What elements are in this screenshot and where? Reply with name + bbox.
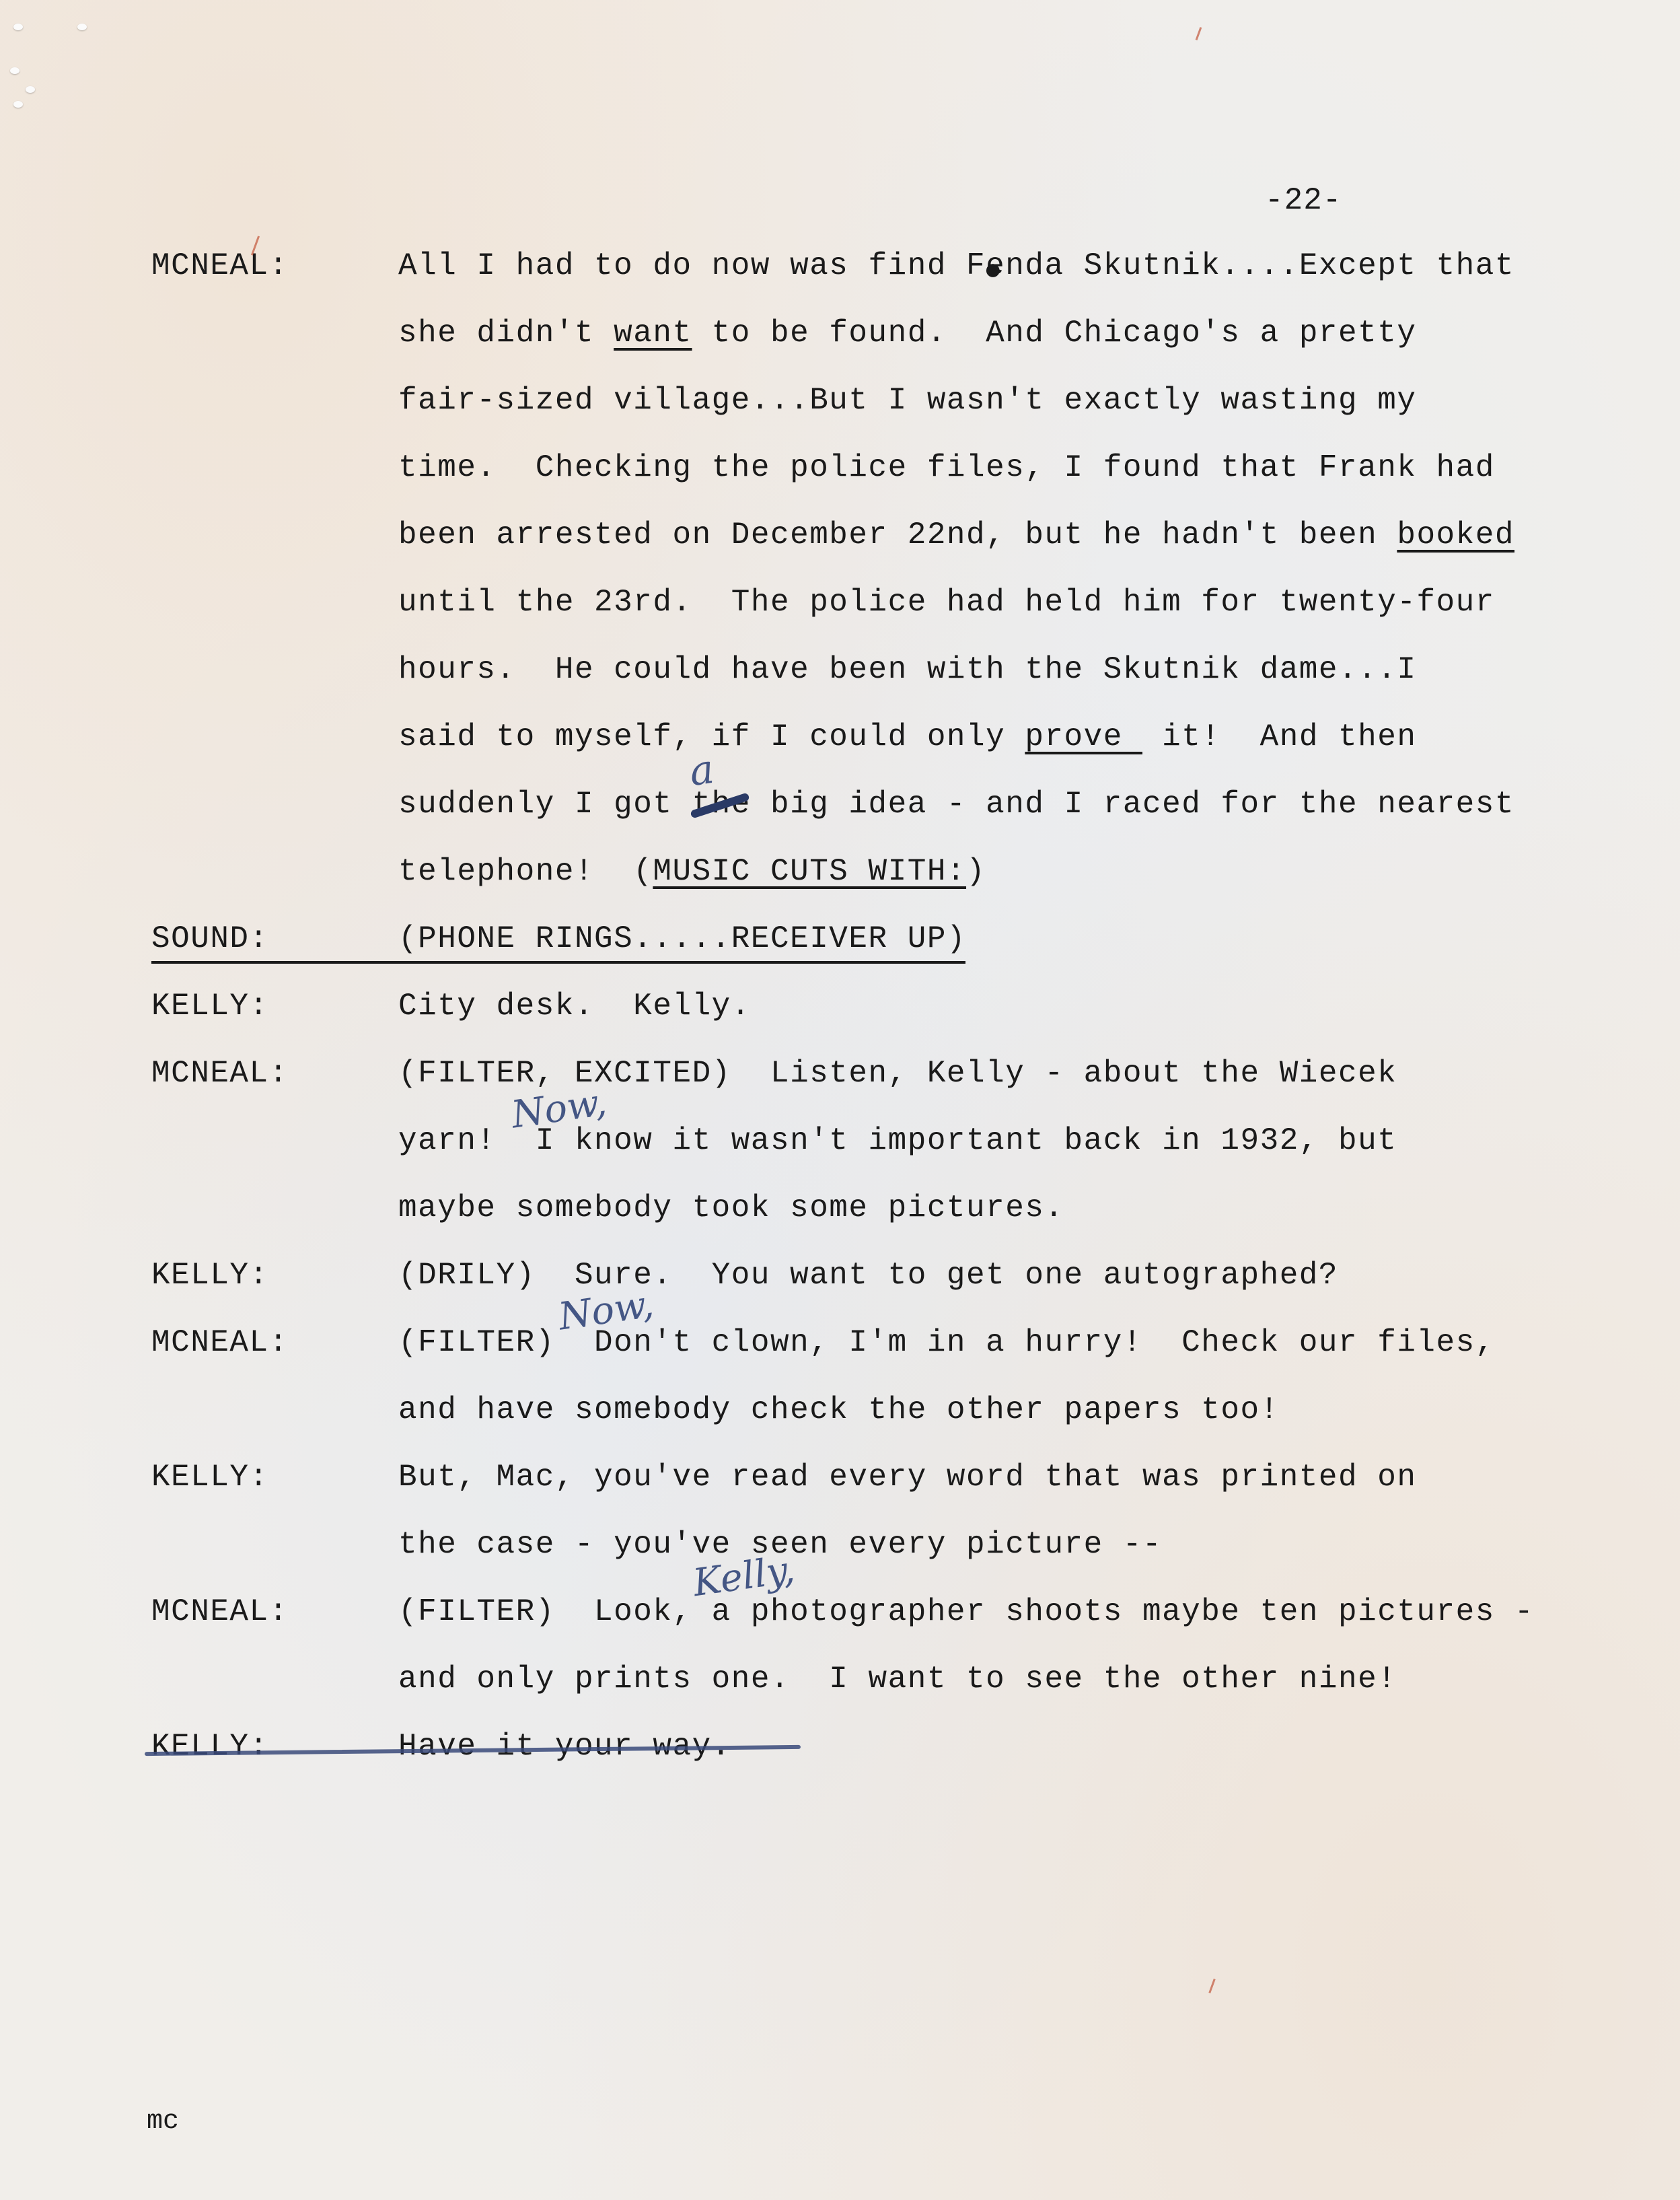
page-number: -22- — [1265, 183, 1342, 218]
dialogue-line: telephone! (MUSIC CUTS WITH:) — [398, 851, 986, 892]
punch-hole — [13, 24, 23, 30]
sound-cue: (PHONE RINGS.....RECEIVER UP) — [398, 919, 966, 959]
dialogue-line: said to myself, if I could only prove it… — [398, 717, 1416, 757]
speaker-label-struck: KELLY: — [151, 1726, 269, 1767]
dialogue-line: (DRILY) Sure. You want to get one autogr… — [398, 1255, 1338, 1296]
dialogue-line: she didn't want to be found. And Chicago… — [398, 313, 1416, 353]
dialogue-line: and have somebody check the other papers… — [398, 1390, 1280, 1430]
speaker-label: KELLY: — [151, 1255, 269, 1296]
speaker-label: KELLY: — [151, 1457, 269, 1497]
dialogue-line: yarn! I know it wasn't important back in… — [398, 1121, 1397, 1161]
dialogue-line: until the 23rd. The police had held him … — [398, 582, 1495, 623]
punch-hole — [13, 101, 23, 108]
sound-underline — [151, 961, 965, 964]
speaker-label: MCNEAL: — [151, 246, 289, 286]
dialogue-line: time. Checking the police files, I found… — [398, 448, 1495, 488]
dialogue-line: hours. He could have been with the Skutn… — [398, 649, 1416, 690]
pen-mark — [1208, 1979, 1215, 1993]
speaker-label: MCNEAL: — [151, 1322, 289, 1363]
punch-hole — [26, 86, 35, 93]
dialogue-line: All I had to do now was find F●enda Skut… — [398, 246, 1514, 286]
speaker-label: SOUND: — [151, 919, 269, 959]
punch-hole — [77, 24, 87, 30]
pen-mark — [1196, 27, 1202, 40]
speaker-label: MCNEAL: — [151, 1053, 289, 1094]
punch-hole — [10, 67, 20, 74]
dialogue-line: maybe somebody took some pictures. — [398, 1188, 1064, 1228]
speaker-label: KELLY: — [151, 986, 269, 1026]
dialogue-line: and only prints one. I want to see the o… — [398, 1659, 1397, 1699]
dialogue-line: been arrested on December 22nd, but he h… — [398, 515, 1514, 555]
script-page: -22- MCNEAL: All I had to do now was fin… — [0, 0, 1680, 2200]
dialogue-line: suddenly I got the big idea - and I race… — [398, 784, 1514, 824]
dialogue-line: fair-sized village...But I wasn't exactl… — [398, 380, 1416, 421]
dialogue-line: (FILTER) Don't clown, I'm in a hurry! Ch… — [398, 1322, 1495, 1363]
speaker-label: MCNEAL: — [151, 1592, 289, 1632]
typist-initials: mc — [147, 2106, 179, 2137]
dialogue-line: City desk. Kelly. — [398, 986, 751, 1026]
dialogue-line: (FILTER) Look, a photographer shoots may… — [398, 1592, 1534, 1632]
dialogue-line: But, Mac, you've read every word that wa… — [398, 1457, 1416, 1497]
